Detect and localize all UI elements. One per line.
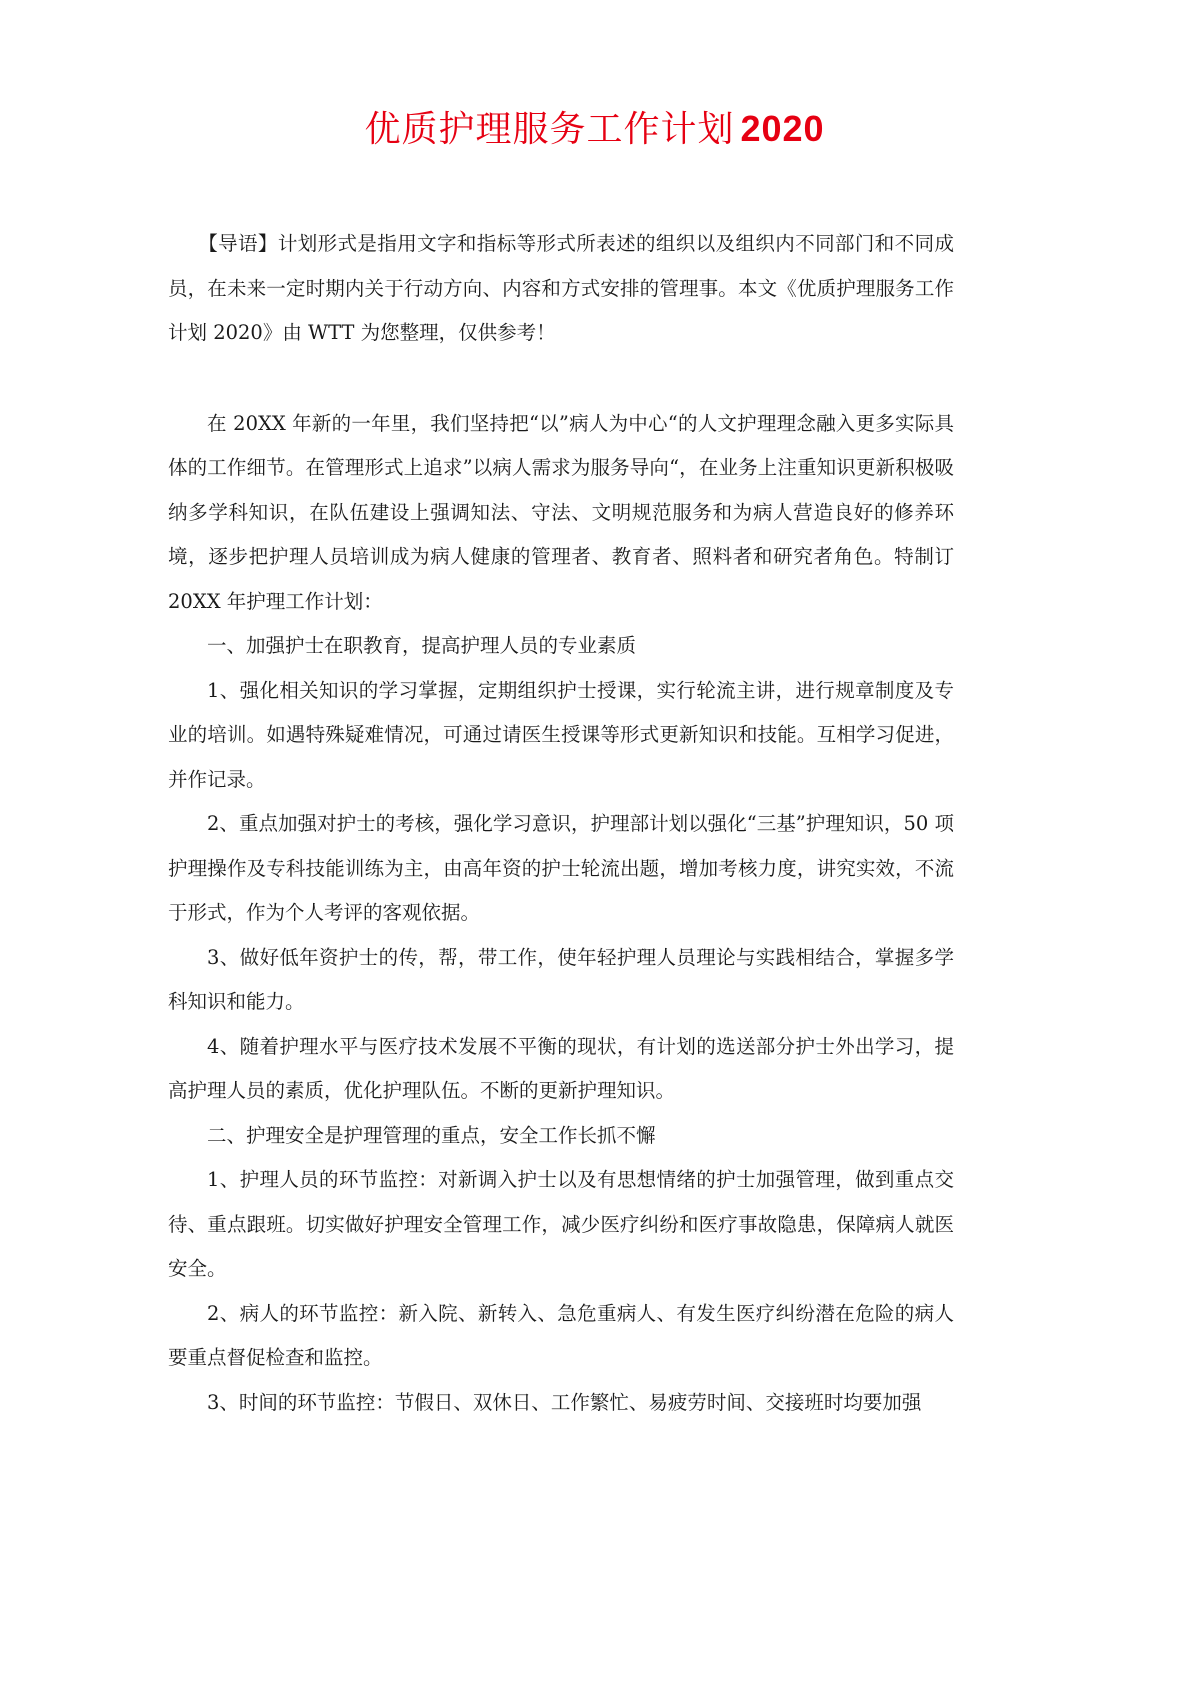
title-year: 2020	[740, 108, 824, 149]
section-2-item-1: 1、护理人员的环节监控：对新调入护士以及有思想情绪的护士加强管理，做到重点交待、…	[168, 1158, 954, 1292]
document-page: 优质护理服务工作计划2020 【导语】计划形式是指用文字和指标等形式所表述的组织…	[0, 0, 1189, 1682]
intro-paragraph: 【导语】计划形式是指用文字和指标等形式所表述的组织以及组织内不同部门和不同成员，…	[168, 222, 954, 356]
opening-paragraph: 在 20XX 年新的一年里，我们坚持把“以”病人为中心“的人文护理理念融入更多实…	[168, 402, 954, 625]
title-text: 优质护理服务工作计划	[364, 109, 734, 150]
document-title: 优质护理服务工作计划2020	[0, 104, 1189, 155]
section-1-item-4: 4、随着护理水平与医疗技术发展不平衡的现状，有计划的选送部分护士外出学习，提高护…	[168, 1025, 954, 1114]
section-1-item-2: 2、重点加强对护士的考核，强化学习意识，护理部计划以强化“三基”护理知识，50 …	[168, 802, 954, 936]
section-heading-2: 二、护理安全是护理管理的重点，安全工作长抓不懈	[168, 1114, 954, 1159]
section-1-item-3: 3、做好低年资护士的传，帮，带工作，使年轻护理人员理论与实践相结合，掌握多学科知…	[168, 936, 954, 1025]
section-2-item-2: 2、病人的环节监控：新入院、新转入、急危重病人、有发生医疗纠纷潜在危险的病人要重…	[168, 1292, 954, 1381]
document-body: 【导语】计划形式是指用文字和指标等形式所表述的组织以及组织内不同部门和不同成员，…	[168, 222, 954, 1425]
section-1-item-1: 1、强化相关知识的学习掌握，定期组织护士授课，实行轮流主讲，进行规章制度及专业的…	[168, 669, 954, 803]
section-heading-1: 一、加强护士在职教育，提高护理人员的专业素质	[168, 624, 954, 669]
section-2-item-3: 3、时间的环节监控：节假日、双休日、工作繁忙、易疲劳时间、交接班时均要加强	[168, 1381, 954, 1426]
